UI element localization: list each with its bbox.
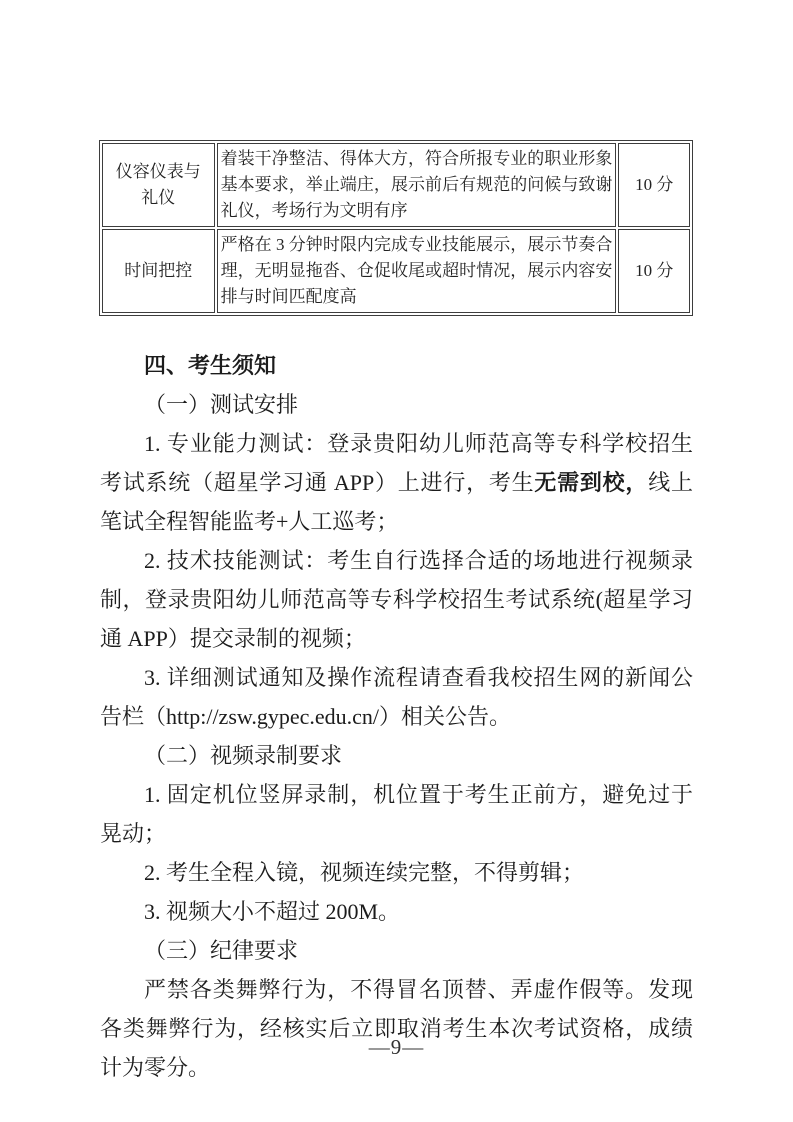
paragraph-cheating-warning: 严禁各类舞弊行为，不得冒名顶替、弄虚作假等。发现各类舞弊行为，经核实后立即取消考… bbox=[100, 970, 693, 1087]
subsection-title-video-recording: （二）视频录制要求 bbox=[100, 736, 693, 775]
paragraph-notice-website: 3. 详细测试通知及操作流程请查看我校招生网的新闻公告栏（http://zsw.… bbox=[100, 658, 693, 736]
table-row-time-control: 时间把控 严格在 3 分钟时限内完成专业技能展示，展示节奏合理，无明显拖沓、仓促… bbox=[102, 229, 690, 313]
subsection-title-test-arrangement: （一）测试安排 bbox=[100, 385, 693, 424]
score-cell: 10 分 bbox=[618, 143, 690, 227]
paragraph-technical-skill-test: 2. 技术技能测试：考生自行选择合适的场地进行视频录制，登录贵阳幼儿师范高等专科… bbox=[100, 541, 693, 658]
page-number: —9— bbox=[0, 1035, 793, 1060]
document-page: { "colors": { "background": "#ffffff", "… bbox=[0, 0, 793, 1122]
description-cell: 着装干净整洁、得体大方，符合所报专业的职业形象基本要求，举止端庄，展示前后有规范… bbox=[217, 143, 617, 227]
paragraph-fixed-camera: 1. 固定机位竖屏录制，机位置于考生正前方，避免过于晃动； bbox=[100, 775, 693, 853]
page: 仪容仪表与礼仪 着装干净整洁、得体大方，符合所报专业的职业形象基本要求，举止端庄… bbox=[0, 0, 793, 1122]
table-row-appearance: 仪容仪表与礼仪 着装干净整洁、得体大方，符合所报专业的职业形象基本要求，举止端庄… bbox=[102, 143, 690, 227]
description-cell: 严格在 3 分钟时限内完成专业技能展示，展示节奏合理，无明显拖沓、仓促收尾或超时… bbox=[217, 229, 617, 313]
score-cell: 10 分 bbox=[618, 229, 690, 313]
criterion-cell: 时间把控 bbox=[102, 229, 215, 313]
paragraph-video-size: 3. 视频大小不超过 200M。 bbox=[100, 892, 693, 931]
subsection-title-discipline: （三）纪律要求 bbox=[100, 931, 693, 970]
notice-content: 四、考生须知 （一）测试安排 1. 专业能力测试：登录贵阳幼儿师范高等专科学校招… bbox=[100, 346, 693, 1087]
paragraph-professional-ability-test: 1. 专业能力测试：登录贵阳幼儿师范高等专科学校招生考试系统（超星学习通 APP… bbox=[100, 424, 693, 541]
scoring-table: 仪容仪表与礼仪 着装干净整洁、得体大方，符合所报专业的职业形象基本要求，举止端庄… bbox=[99, 140, 693, 316]
emphasis-no-need-to-attend: 无需到校， bbox=[534, 470, 648, 495]
paragraph-full-frame: 2. 考生全程入镜，视频连续完整，不得剪辑； bbox=[100, 853, 693, 892]
criterion-cell: 仪容仪表与礼仪 bbox=[102, 143, 215, 227]
section-title: 四、考生须知 bbox=[100, 346, 693, 385]
